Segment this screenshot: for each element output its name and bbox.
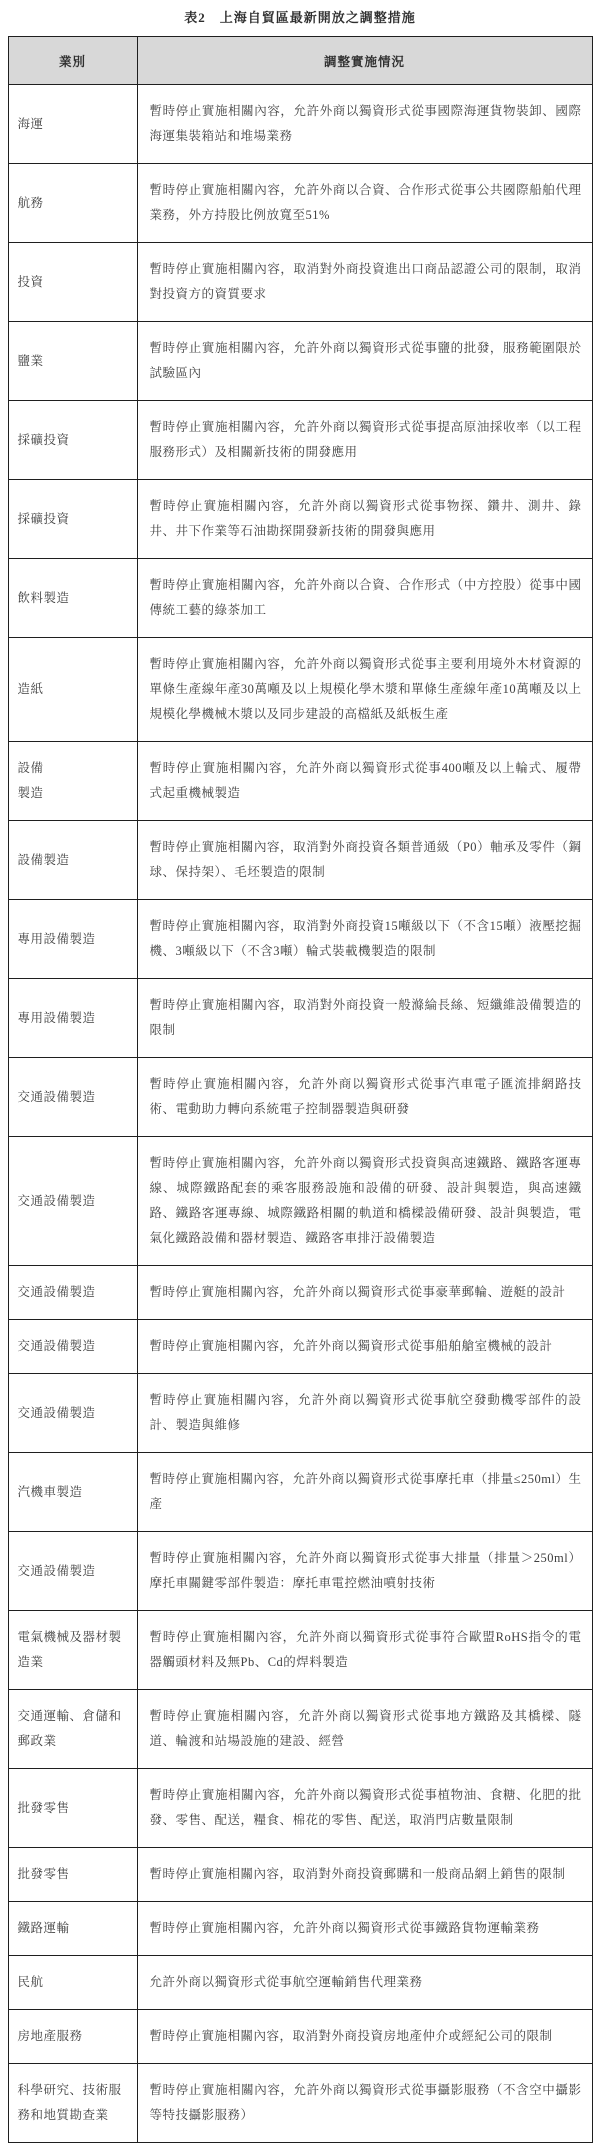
industry-cell: 交通運輸、倉儲和郵政業 bbox=[8, 1690, 137, 1769]
measure-cell: 暫時停止實施相關內容，允許外商以獨資形式從事航空發動機零部件的設計、製造與維修 bbox=[137, 1374, 592, 1453]
table-row: 海運 暫時停止實施相關內容，允許外商以獨資形式從事國際海運貨物裝卸、國際海運集裝… bbox=[8, 85, 592, 164]
measure-cell: 暫時停止實施相關內容，允許外商以獨資形式從事船舶艙室機械的設計 bbox=[137, 1320, 592, 1374]
table-row: 專用設備製造 暫時停止實施相關內容，取消對外商投資一般滌綸長絲、短纖維設備製造的… bbox=[8, 979, 592, 1058]
industry-cell: 批發零售 bbox=[8, 1769, 137, 1848]
industry-cell: 交通設備製造 bbox=[8, 1266, 137, 1320]
measure-cell: 暫時停止實施相關內容，取消對外商投資進出口商品認證公司的限制，取消對投資方的資質… bbox=[137, 243, 592, 322]
measure-column-header: 調整實施情況 bbox=[137, 37, 592, 85]
measure-cell: 暫時停止實施相關內容，允許外商以獨資形式從事主要利用境外木材資源的單條生產線年產… bbox=[137, 638, 592, 742]
industry-cell: 航務 bbox=[8, 164, 137, 243]
industry-cell: 飲料製造 bbox=[8, 559, 137, 638]
table-row: 航務 暫時停止實施相關內容，允許外商以合資、合作形式從事公共國際船舶代理業務，外… bbox=[8, 164, 592, 243]
industry-cell: 專用設備製造 bbox=[8, 979, 137, 1058]
measure-cell: 暫時停止實施相關內容，允許外商以獨資形式從事符合歐盟RoHS指令的電器觸頭材料及… bbox=[137, 1611, 592, 1690]
industry-cell: 批發零售 bbox=[8, 1848, 137, 1902]
measure-cell: 暫時停止實施相關內容，取消對外商投資郵購和一般商品網上銷售的限制 bbox=[137, 1848, 592, 1902]
table-row: 採礦投資 暫時停止實施相關內容，允許外商以獨資形式從事物探、鑽井、測井、錄井、井… bbox=[8, 480, 592, 559]
measures-table: 業別 調整實施情況 海運 暫時停止實施相關內容，允許外商以獨資形式從事國際海運貨… bbox=[8, 36, 593, 2143]
table-row: 交通設備製造 暫時停止實施相關內容，允許外商以獨資形式從事船舶艙室機械的設計 bbox=[8, 1320, 592, 1374]
industry-cell: 科學研究、技術服務和地質勘查業 bbox=[8, 2064, 137, 2143]
industry-cell: 採礦投資 bbox=[8, 480, 137, 559]
industry-cell: 民航 bbox=[8, 1956, 137, 2010]
measure-cell: 暫時停止實施相關內容，允許外商以獨資形式從事鹽的批發，服務範圍限於試驗區內 bbox=[137, 322, 592, 401]
table-row: 交通設備製造 暫時停止實施相關內容，允許外商以獨資形式從事汽車電子匯流排網路技術… bbox=[8, 1058, 592, 1137]
table-row: 房地產服務 暫時停止實施相關內容，取消對外商投資房地產仲介或經紀公司的限制 bbox=[8, 2010, 592, 2064]
industry-cell: 海運 bbox=[8, 85, 137, 164]
measure-cell: 暫時停止實施相關內容，允許外商以獨資形式從事攝影服務（不含空中攝影等特技攝影服務… bbox=[137, 2064, 592, 2143]
table-row: 交通設備製造 暫時停止實施相關內容，允許外商以獨資形式投資與高速鐵路、鐵路客運專… bbox=[8, 1137, 592, 1266]
industry-cell: 交通設備製造 bbox=[8, 1320, 137, 1374]
industry-cell: 電氣機械及器材製造業 bbox=[8, 1611, 137, 1690]
measure-cell: 暫時停止實施相關內容，允許外商以獨資形式投資與高速鐵路、鐵路客運專線、城際鐵路配… bbox=[137, 1137, 592, 1266]
table-row: 交通設備製造 暫時停止實施相關內容，允許外商以獨資形式從事豪華郵輪、遊艇的設計 bbox=[8, 1266, 592, 1320]
industry-cell: 造紙 bbox=[8, 638, 137, 742]
industry-cell: 交通設備製造 bbox=[8, 1532, 137, 1611]
measure-cell: 暫時停止實施相關內容，允許外商以合資、合作形式（中方控股）從事中國傳統工藝的綠茶… bbox=[137, 559, 592, 638]
table-row: 批發零售 暫時停止實施相關內容，允許外商以獨資形式從事植物油、食糖、化肥的批發、… bbox=[8, 1769, 592, 1848]
measure-cell: 暫時停止實施相關內容，允許外商以合資、合作形式從事公共國際船舶代理業務，外方持股… bbox=[137, 164, 592, 243]
table-row: 電氣機械及器材製造業 暫時停止實施相關內容，允許外商以獨資形式從事符合歐盟RoH… bbox=[8, 1611, 592, 1690]
measure-cell: 暫時停止實施相關內容，允許外商以獨資形式從事國際海運貨物裝卸、國際海運集裝箱站和… bbox=[137, 85, 592, 164]
table-row: 交通設備製造 暫時停止實施相關內容，允許外商以獨資形式從事航空發動機零部件的設計… bbox=[8, 1374, 592, 1453]
industry-cell: 採礦投資 bbox=[8, 401, 137, 480]
table-row: 鐵路運輸 暫時停止實施相關內容，允許外商以獨資形式從事鐵路貨物運輸業務 bbox=[8, 1902, 592, 1956]
table-row: 汽機車製造 暫時停止實施相關內容，允許外商以獨資形式從事摩托車（排量≤250ml… bbox=[8, 1453, 592, 1532]
industry-cell: 汽機車製造 bbox=[8, 1453, 137, 1532]
table-row: 設備製造 暫時停止實施相關內容，取消對外商投資各類普通級（P0）軸承及零件（鋼球… bbox=[8, 821, 592, 900]
page-title: 表2 上海自貿區最新開放之調整措施 bbox=[0, 7, 600, 36]
industry-column-header: 業別 bbox=[8, 37, 137, 85]
measure-cell: 暫時停止實施相關內容，允許外商以獨資形式從事物探、鑽井、測井、錄井、井下作業等石… bbox=[137, 480, 592, 559]
table-row: 設備 製造 暫時停止實施相關內容，允許外商以獨資形式從事400噸及以上輪式、履帶… bbox=[8, 742, 592, 821]
document-page: 表2 上海自貿區最新開放之調整措施 業別 調整實施情況 海運 暫時停止實施相關內… bbox=[0, 0, 600, 2143]
industry-cell: 交通設備製造 bbox=[8, 1137, 137, 1266]
table-row: 造紙 暫時停止實施相關內容，允許外商以獨資形式從事主要利用境外木材資源的單條生產… bbox=[8, 638, 592, 742]
measure-cell: 暫時停止實施相關內容，允許外商以獨資形式從事提高原油採收率（以工程服務形式）及相… bbox=[137, 401, 592, 480]
table-row: 飲料製造 暫時停止實施相關內容，允許外商以合資、合作形式（中方控股）從事中國傳統… bbox=[8, 559, 592, 638]
industry-cell: 設備製造 bbox=[8, 821, 137, 900]
table-row: 採礦投資 暫時停止實施相關內容，允許外商以獨資形式從事提高原油採收率（以工程服務… bbox=[8, 401, 592, 480]
measure-cell: 暫時停止實施相關內容，允許外商以獨資形式從事植物油、食糖、化肥的批發、零售、配送… bbox=[137, 1769, 592, 1848]
industry-cell: 房地產服務 bbox=[8, 2010, 137, 2064]
measure-cell: 允許外商以獨資形式從事航空運輸銷售代理業務 bbox=[137, 1956, 592, 2010]
industry-cell: 專用設備製造 bbox=[8, 900, 137, 979]
measure-cell: 暫時停止實施相關內容，允許外商以獨資形式從事鐵路貨物運輸業務 bbox=[137, 1902, 592, 1956]
table-row: 交通運輸、倉儲和郵政業 暫時停止實施相關內容，允許外商以獨資形式從事地方鐵路及其… bbox=[8, 1690, 592, 1769]
industry-cell: 投資 bbox=[8, 243, 137, 322]
measure-cell: 暫時停止實施相關內容，允許外商以獨資形式從事地方鐵路及其橋樑、隧道、輪渡和站場設… bbox=[137, 1690, 592, 1769]
measure-cell: 暫時停止實施相關內容，允許外商以獨資形式從事汽車電子匯流排網路技術、電動助力轉向… bbox=[137, 1058, 592, 1137]
table-body: 海運 暫時停止實施相關內容，允許外商以獨資形式從事國際海運貨物裝卸、國際海運集裝… bbox=[8, 85, 592, 2143]
measure-cell: 暫時停止實施相關內容，允許外商以獨資形式從事400噸及以上輪式、履帶式起重機械製… bbox=[137, 742, 592, 821]
table-row: 交通設備製造 暫時停止實施相關內容，允許外商以獨資形式從事大排量（排量＞250m… bbox=[8, 1532, 592, 1611]
measure-cell: 暫時停止實施相關內容，取消對外商投資15噸級以下（不含15噸）液壓挖掘機、3噸級… bbox=[137, 900, 592, 979]
industry-cell: 交通設備製造 bbox=[8, 1374, 137, 1453]
measure-cell: 暫時停止實施相關內容，取消對外商投資一般滌綸長絲、短纖維設備製造的限制 bbox=[137, 979, 592, 1058]
industry-cell: 鹽業 bbox=[8, 322, 137, 401]
header-row: 業別 調整實施情況 bbox=[8, 37, 592, 85]
table-row: 鹽業 暫時停止實施相關內容，允許外商以獨資形式從事鹽的批發，服務範圍限於試驗區內 bbox=[8, 322, 592, 401]
industry-cell: 鐵路運輸 bbox=[8, 1902, 137, 1956]
measure-cell: 暫時停止實施相關內容，取消對外商投資各類普通級（P0）軸承及零件（鋼球、保持架）… bbox=[137, 821, 592, 900]
table-row: 批發零售 暫時停止實施相關內容，取消對外商投資郵購和一般商品網上銷售的限制 bbox=[8, 1848, 592, 1902]
measure-cell: 暫時停止實施相關內容，取消對外商投資房地產仲介或經紀公司的限制 bbox=[137, 2010, 592, 2064]
industry-cell: 交通設備製造 bbox=[8, 1058, 137, 1137]
measure-cell: 暫時停止實施相關內容，允許外商以獨資形式從事摩托車（排量≤250ml）生產 bbox=[137, 1453, 592, 1532]
table-row: 民航 允許外商以獨資形式從事航空運輸銷售代理業務 bbox=[8, 1956, 592, 2010]
table-row: 投資 暫時停止實施相關內容，取消對外商投資進出口商品認證公司的限制，取消對投資方… bbox=[8, 243, 592, 322]
industry-cell: 設備 製造 bbox=[8, 742, 137, 821]
table-row: 科學研究、技術服務和地質勘查業 暫時停止實施相關內容，允許外商以獨資形式從事攝影… bbox=[8, 2064, 592, 2143]
measure-cell: 暫時停止實施相關內容，允許外商以獨資形式從事豪華郵輪、遊艇的設計 bbox=[137, 1266, 592, 1320]
measure-cell: 暫時停止實施相關內容，允許外商以獨資形式從事大排量（排量＞250ml）摩托車關鍵… bbox=[137, 1532, 592, 1611]
table-row: 專用設備製造 暫時停止實施相關內容，取消對外商投資15噸級以下（不含15噸）液壓… bbox=[8, 900, 592, 979]
